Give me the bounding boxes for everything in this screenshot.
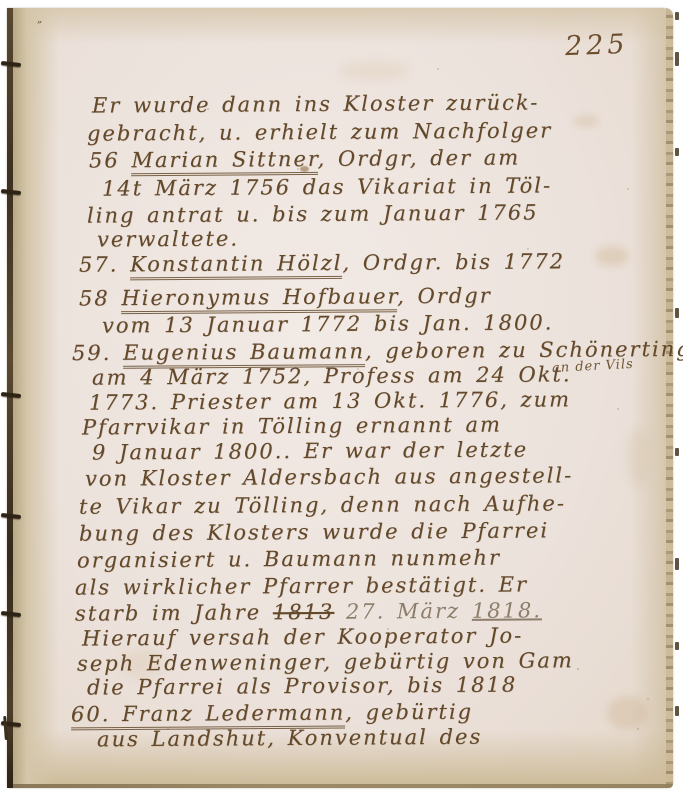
text-segment: 14t März 1756 das Vikariat in Töl- [102,173,552,200]
text-segment: te Vikar zu Tölling, denn nach Aufhe- [79,491,566,518]
text-segment: die Pfarrei als Provisor, bis 1818 [87,672,517,699]
text-segment: Er wurde dann ins Kloster zurück- [92,90,539,117]
text-line: Er wurde dann ins Kloster zurück- [92,90,539,117]
text-segment: 1773. Priester am 13 Okt. 1776, zum [89,387,571,414]
text-segment: von Kloster Aldersbach aus angestell- [85,463,573,490]
text-line: 9 Januar 1800.. Er war der letzte [92,437,528,464]
edge-mark [675,308,679,318]
text-segment: ling antrat u. bis zum Januar 1765 [87,200,539,227]
text-line: 57. Konstantin Hölzl, Ordgr. bis 1772 [79,249,565,276]
text-segment: Hierauf versah der Kooperator Jo- [82,623,523,650]
text-segment: , Ordgr, der am [317,145,520,170]
entry-name: Marian Sittner [131,147,317,176]
text-segment: 27. März [334,599,472,624]
text-segment: , geboren zu Schönerting [365,337,683,363]
text-segment: verwaltete. [97,227,239,252]
text-line: 1773. Priester am 13 Okt. 1776, zum [89,387,571,414]
text-segment: am 4 März 1752, Profess am 24 Okt. [92,362,572,389]
text-segment: aus Landshut, Konventual des [97,725,482,752]
edge-mark [675,52,679,66]
stitch-mark [1,392,21,398]
text-segment: 59. [72,341,123,365]
text-segment: 56 [89,148,132,172]
text-segment: , gebürtig [345,700,473,725]
text-segment: 1818. [472,598,542,622]
text-line: starb im Jahre 1813 27. März 1818. [75,598,542,625]
edge-mark [675,12,679,20]
text-segment: als wirklicher Pfarrer bestätigt. Er [75,572,528,599]
text-line: Pfarrvikar in Tölling ernannt am [82,413,502,440]
text-line: von Kloster Aldersbach aus angestell- [85,463,573,490]
text-line: seph Edenweninger, gebürtig von Gam [77,648,574,675]
text-line: aus Landshut, Konventual des [97,725,482,752]
text-segment: organisiert u. Baumann nunmehr [77,546,501,573]
text-line: die Pfarrei als Provisor, bis 1818 [87,672,517,699]
edge-mark [675,642,679,650]
text-line: te Vikar zu Tölling, denn nach Aufhe- [79,491,566,518]
text-line: gebracht, u. erhielt zum Nachfolger [87,118,552,145]
text-segment: 58 [79,286,122,310]
text-line: am 4 März 1752, Profess am 24 Okt. [92,362,572,389]
stitch-mark [1,61,21,67]
edge-mark [675,148,679,156]
text-line: 14t März 1756 das Vikariat in Töl- [102,173,552,200]
entry-name: Konstantin Hölzl [130,251,343,280]
text-segment: 1813 [273,600,335,624]
stitch-mark [1,513,21,519]
text-segment: vom 13 Januar 1772 bis Jan. 1800. [102,310,554,337]
text-segment: , Ordgr. bis 1772 [342,249,565,275]
entry-name: Hieronymus Hofbauer [121,284,397,314]
text-line: 60. Franz Ledermann, gebürtig [71,700,473,727]
stitch-mark [1,611,21,617]
text-line: verwaltete. [97,227,239,252]
text-line: ling antrat u. bis zum Januar 1765 [87,200,539,227]
text-segment: Pfarrvikar in Tölling ernannt am [82,413,502,440]
text-line: 58 Hieronymus Hofbauer, Ordgr [79,284,492,311]
text-segment: seph Edenweninger, gebürtig von Gam [77,648,574,675]
edge-mark [675,706,679,716]
manuscript-text: Er wurde dann ins Kloster zurück-gebrach… [7,8,673,788]
text-segment: , Ordgr [397,284,492,309]
text-line: bung des Klosters wurde die Pfarrei [79,518,549,545]
stitch-mark [1,189,21,195]
text-segment: 9 Januar 1800.. Er war der letzte [92,437,528,464]
text-segment: starb im Jahre [75,600,273,625]
edge-mark [675,448,679,456]
text-line: 56 Marian Sittner, Ordgr, der am [89,145,520,172]
text-segment: bung des Klosters wurde die Pfarrei [79,518,549,545]
text-segment: 57. [79,252,130,276]
scanned-manuscript-page: „ 225 Er wurde dann ins Kloster zurück-g… [0,0,683,800]
text-line: Hierauf versah der Kooperator Jo- [82,623,523,650]
edge-mark [675,558,679,570]
paper-sheet: „ 225 Er wurde dann ins Kloster zurück-g… [7,8,673,788]
text-line: vom 13 Januar 1772 bis Jan. 1800. [102,310,554,337]
text-line: als wirklicher Pfarrer bestätigt. Er [75,572,528,599]
text-line: organisiert u. Baumann nunmehr [77,546,501,573]
text-segment: gebracht, u. erhielt zum Nachfolger [87,118,552,145]
